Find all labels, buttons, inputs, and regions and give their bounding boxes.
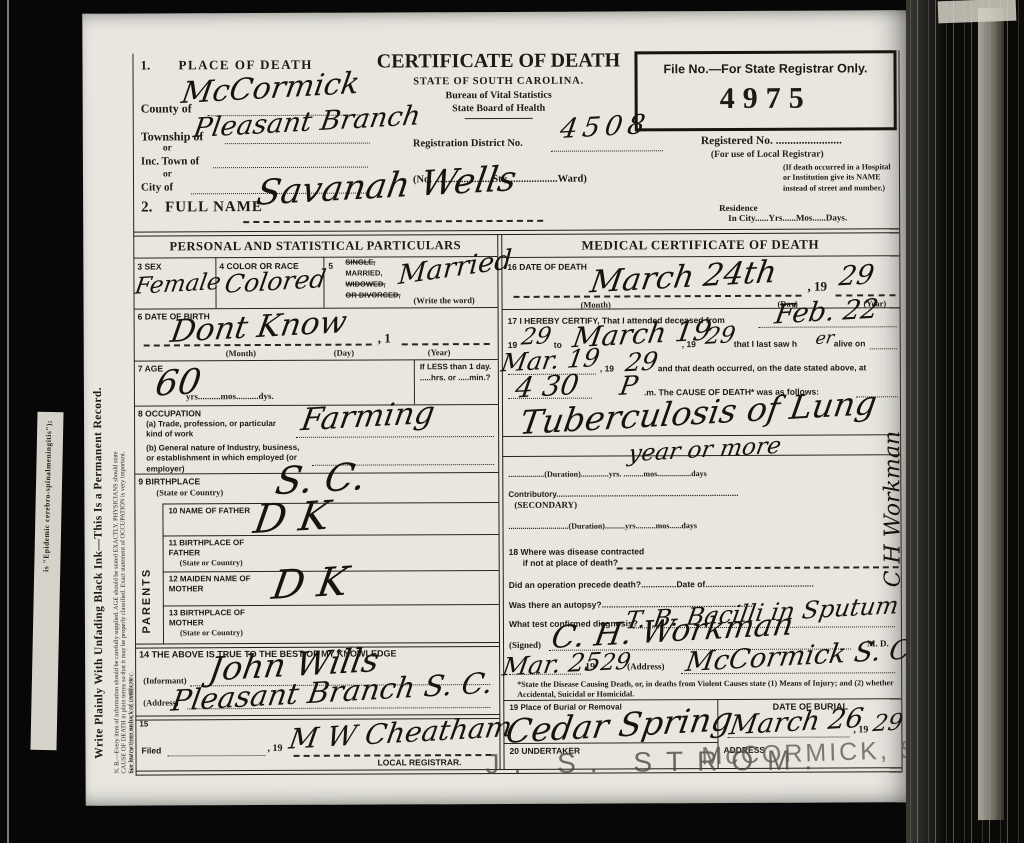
father-birthplace-sub: (State or Country): [180, 558, 243, 567]
file-box-label: File No.—For State Registrar Only.: [637, 61, 893, 76]
marital-options: SINGLE, MARRIED, WIDOWED, OR DIVORCED,: [345, 257, 400, 301]
township-leader: [225, 143, 370, 145]
residence-label: Residence: [719, 203, 758, 213]
right-column-title: MEDICAL CERTIFICATE OF DEATH: [501, 236, 899, 254]
signature-address-label: (Address): [627, 661, 664, 671]
race-marital-divider: [323, 257, 324, 308]
or2-label: or: [163, 169, 172, 179]
q18-line2: if not at place of death?: [523, 557, 618, 567]
residence-line: In City......Yrs......Mos......Days.: [728, 212, 847, 223]
dob-year-sub: (Year): [428, 347, 451, 357]
certify-line2e: alive on: [834, 338, 866, 348]
duration2-line: ..............................(Duration)…: [508, 521, 696, 531]
item15-number: 15: [139, 720, 148, 729]
birthplace-label: 9 BIRTHPLACE: [138, 476, 200, 486]
operation-line: Did an operation precede death?.........…: [509, 579, 814, 590]
secondary-label: (SECONDARY): [514, 500, 577, 510]
mother-name-value: D K: [269, 559, 352, 609]
city-label: City of: [141, 181, 173, 193]
parents-column-divider: [162, 503, 164, 643]
footnote: *State the Disease Causing Death, or, in…: [517, 678, 895, 700]
burial-year-value: 29: [871, 709, 905, 737]
inc-town-label: Inc. Town of: [141, 155, 199, 167]
board-underline: [465, 118, 533, 119]
dob-day-sub: (Day): [334, 348, 354, 358]
duration1-line: ..................(Duration)............…: [508, 469, 706, 479]
marital-number: 5: [328, 261, 333, 271]
sex-value: Female: [133, 269, 223, 300]
date-of-death-leader: [514, 295, 802, 298]
sex-race-divider: [215, 257, 216, 308]
parents-label: PARENTS: [140, 521, 152, 633]
duration1-value: year or more: [626, 433, 783, 468]
fullname-underline: [243, 220, 543, 223]
dob-year-leader: [402, 343, 490, 345]
signed-label: (Signed): [509, 640, 541, 650]
signature-address-leader: [681, 672, 895, 674]
death-certificate-page: Write Plainly With Unfading Black Ink—Th…: [82, 10, 909, 806]
certify-line2d-value: er: [814, 328, 835, 349]
certify-line2d: that I last saw h: [734, 339, 797, 349]
certify-line2c: , 19: [682, 339, 696, 349]
marital-option-single: SINGLE,: [345, 257, 400, 268]
scan-black-left-line: [7, 0, 9, 843]
page-corner-highlight: [938, 0, 1017, 23]
father-name-bottom: [163, 534, 499, 536]
marital-option-widowed: WIDOWED,: [345, 279, 400, 290]
filed-year-prefix: , 19: [267, 743, 282, 754]
occupation-a-value: Farming: [299, 395, 438, 438]
page-edge-strip: [978, 8, 1004, 820]
date-of-death-year-prefix: , 19: [807, 279, 827, 295]
signature-year-prefix: 19: [585, 662, 595, 673]
local-registrar-label: LOCAL REGISTRAR.: [378, 757, 462, 767]
registration-district-label: Registration District No.: [413, 138, 523, 149]
q18-line1: 18 Where was disease contracted: [509, 546, 645, 557]
marital-option-married: MARRIED,: [345, 268, 400, 279]
date-of-death-label: 16 DATE OF DEATH: [507, 262, 587, 272]
state-line: STATE OF SOUTH CAROLINA.: [369, 75, 629, 87]
mother-birthplace-label: 13 BIRTHPLACE OF MOTHER: [169, 608, 264, 629]
file-number: 4975: [638, 81, 894, 116]
mother-name-bottom: [163, 604, 499, 606]
certify-from-value: Feb. 22: [773, 294, 881, 331]
contributory-line: Contributory............................…: [508, 489, 738, 499]
certify-line3a: , 19: [600, 363, 614, 373]
or1-label: or: [163, 143, 172, 153]
certificate-title: CERTIFICATE OF DEATH: [368, 49, 628, 73]
certify-line2c-value: 29: [704, 322, 738, 350]
occupation-label: 8 OCCUPATION: [138, 408, 201, 418]
left-column-title: PERSONAL AND STATISTICAL PARTICULARS: [133, 238, 497, 255]
burial-year-prefix: , 19: [853, 724, 868, 735]
certify-line3b: and that death occurred, on the date sta…: [658, 362, 866, 373]
birthplace-sub: (State or Country): [156, 487, 223, 497]
right-margin-signature: C H Workman: [880, 402, 906, 587]
sex-label: 3 SEX: [137, 261, 161, 271]
file-number-box: File No.—For State Registrar Only. 4975: [634, 50, 896, 131]
left-edge-sliver: is "Epidemic cerebro-spinalmeningitis");: [30, 412, 63, 750]
father-birthplace-label: 11 BIRTHPLACE OF FATHER: [169, 538, 264, 559]
age-less-note: If LESS than 1 day. .....hrs. or .....mi…: [420, 362, 492, 384]
filed-label: Filed: [141, 745, 161, 755]
fullname-number: 2.: [141, 199, 152, 216]
registration-district-value: 4508: [558, 109, 652, 145]
occupation-a-label: (a) Trade, profession, or particular kin…: [146, 419, 294, 440]
marital-hint: (Write the word): [414, 295, 475, 305]
date-of-death-year-value: 29: [837, 259, 877, 292]
father-name-label: 10 NAME OF FATHER: [168, 506, 258, 517]
certify-line2-leader: [870, 348, 897, 349]
registration-district-leader: [551, 150, 663, 151]
header-divider-rule: [133, 228, 899, 236]
dob-leader: [144, 344, 372, 347]
mother-birthplace-sub: (State or Country): [180, 628, 243, 637]
dob-year-prefix: , 1: [378, 330, 391, 346]
book-binding: [906, 0, 1024, 843]
marital-option-divorced: OR DIVORCED,: [345, 290, 400, 301]
bureau-line: Bureau of Vital Statistics: [369, 89, 629, 101]
age-units: yrs..........mos..........dys.: [186, 391, 274, 401]
date-of-death-value: March 24th: [588, 254, 779, 300]
left-edge-note: is "Epidemic cerebro-spinalmeningitis");: [41, 420, 53, 572]
item1-number: 1.: [140, 58, 150, 74]
dob-month-sub: (Month): [226, 348, 256, 358]
registered-sub-label: (For use of Local Registrar): [711, 150, 824, 160]
registered-no-label: Registered No. .......................: [701, 134, 842, 147]
filed-leader: [168, 755, 266, 756]
q18-leader: [617, 566, 899, 569]
fullname-label: FULL NAME: [165, 199, 263, 216]
race-value: Colored: [223, 264, 328, 299]
margin-write-plainly: Write Plainly With Unfading Black Ink—Th…: [91, 249, 105, 759]
dob-bottom: [134, 359, 498, 362]
hospital-note: (If death occurred in a Hospital or Inst…: [783, 162, 895, 194]
mother-name-label: 12 MAIDEN NAME OF MOTHER: [169, 574, 264, 595]
time-value: 4 30: [513, 368, 581, 405]
